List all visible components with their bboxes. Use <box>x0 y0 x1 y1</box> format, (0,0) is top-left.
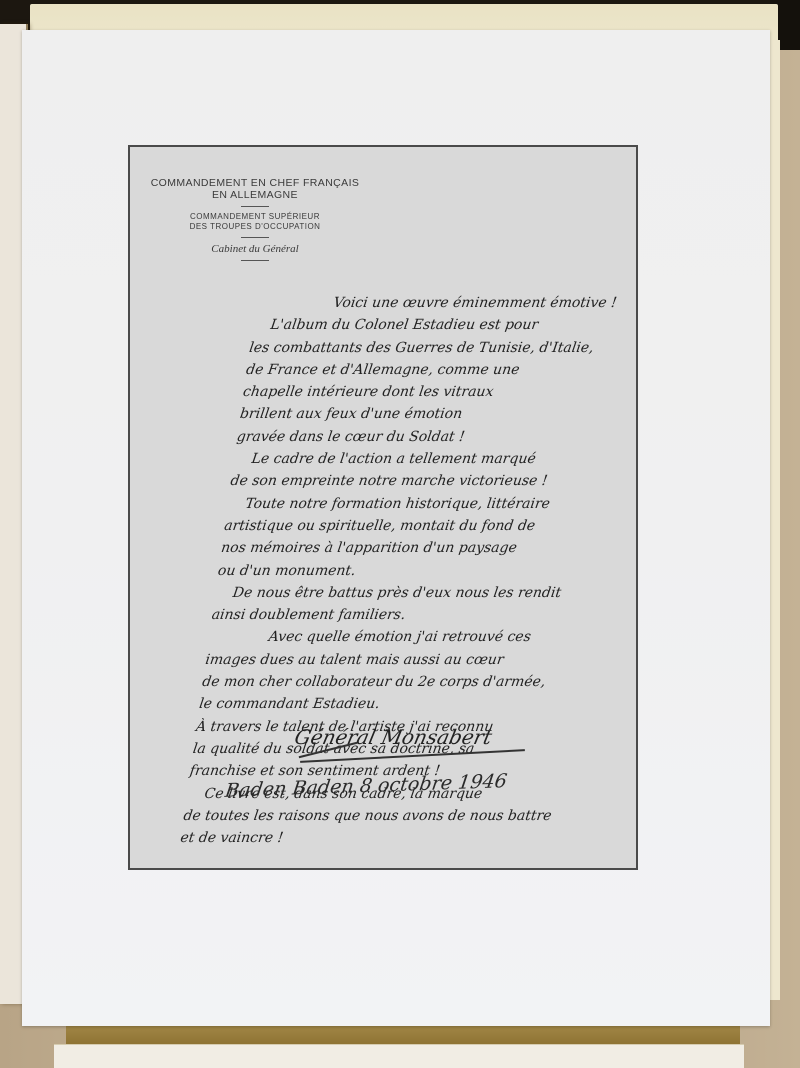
letterhead-divider <box>241 237 269 238</box>
letter-line: Avec quelle émotion j'ai retrouvé ces <box>207 626 610 648</box>
signature: Général Monsabert <box>292 725 494 749</box>
letter-line: de toutes les raisons que nous avons de … <box>182 805 585 827</box>
letter-line: de mon cher collaborateur du 2e corps d'… <box>201 671 604 693</box>
letter-line: le commandant Estadieu. <box>198 693 601 715</box>
letter-line: nos mémoires à l'apparition d'un paysage <box>220 537 623 559</box>
letterhead-divider <box>241 260 269 261</box>
letter-line: et de vaincre ! <box>179 827 582 849</box>
letter-line: gravée dans le cœur du Soldat ! <box>235 426 638 448</box>
handwritten-letter-body: Voici une œuvre éminemment émotive ! L'a… <box>179 292 657 849</box>
letterhead: COMMANDEMENT EN CHEF FRANÇAIS EN ALLEMAG… <box>130 177 380 266</box>
letter-line: L'album du Colonel Estadieu est pour <box>251 314 654 336</box>
letter-line: de son empreinte notre marche victorieus… <box>229 470 632 492</box>
letter-line: ou d'un monument. <box>216 560 619 582</box>
letter-line: De nous être battus près d'eux nous les … <box>213 582 616 604</box>
letterhead-line-2: EN ALLEMAGNE <box>130 189 380 201</box>
letterhead-line-4: DES TROUPES D'OCCUPATION <box>130 222 380 232</box>
letterhead-divider <box>241 206 269 207</box>
letter-line: Le cadre de l'action a tellement marqué <box>232 448 635 470</box>
letter-line: chapelle intérieure dont les vitraux <box>242 381 645 403</box>
letter-line: de France et d'Allemagne, comme une <box>245 359 648 381</box>
letter-line: les combattants des Guerres de Tunisie, … <box>248 337 651 359</box>
printed-letter-frame: COMMANDEMENT EN CHEF FRANÇAIS EN ALLEMAG… <box>128 145 638 870</box>
letter-line: images dues au talent mais aussi au cœur <box>204 649 607 671</box>
letter-line: Toute notre formation historique, littér… <box>226 493 629 515</box>
letter-line: ainsi doublement familiers. <box>210 604 613 626</box>
lower-sheet <box>54 1044 744 1068</box>
letter-line: Voici une œuvre éminemment émotive ! <box>254 292 657 314</box>
letter-line: brillent aux feux d'une émotion <box>238 403 641 425</box>
letterhead-line-3: COMMANDEMENT SUPÉRIEUR <box>130 212 380 222</box>
letter-line: artistique ou spirituelle, montait du fo… <box>223 515 626 537</box>
letterhead-cabinet: Cabinet du Général <box>130 243 380 255</box>
letterhead-line-1: COMMANDEMENT EN CHEF FRANÇAIS <box>130 177 380 189</box>
